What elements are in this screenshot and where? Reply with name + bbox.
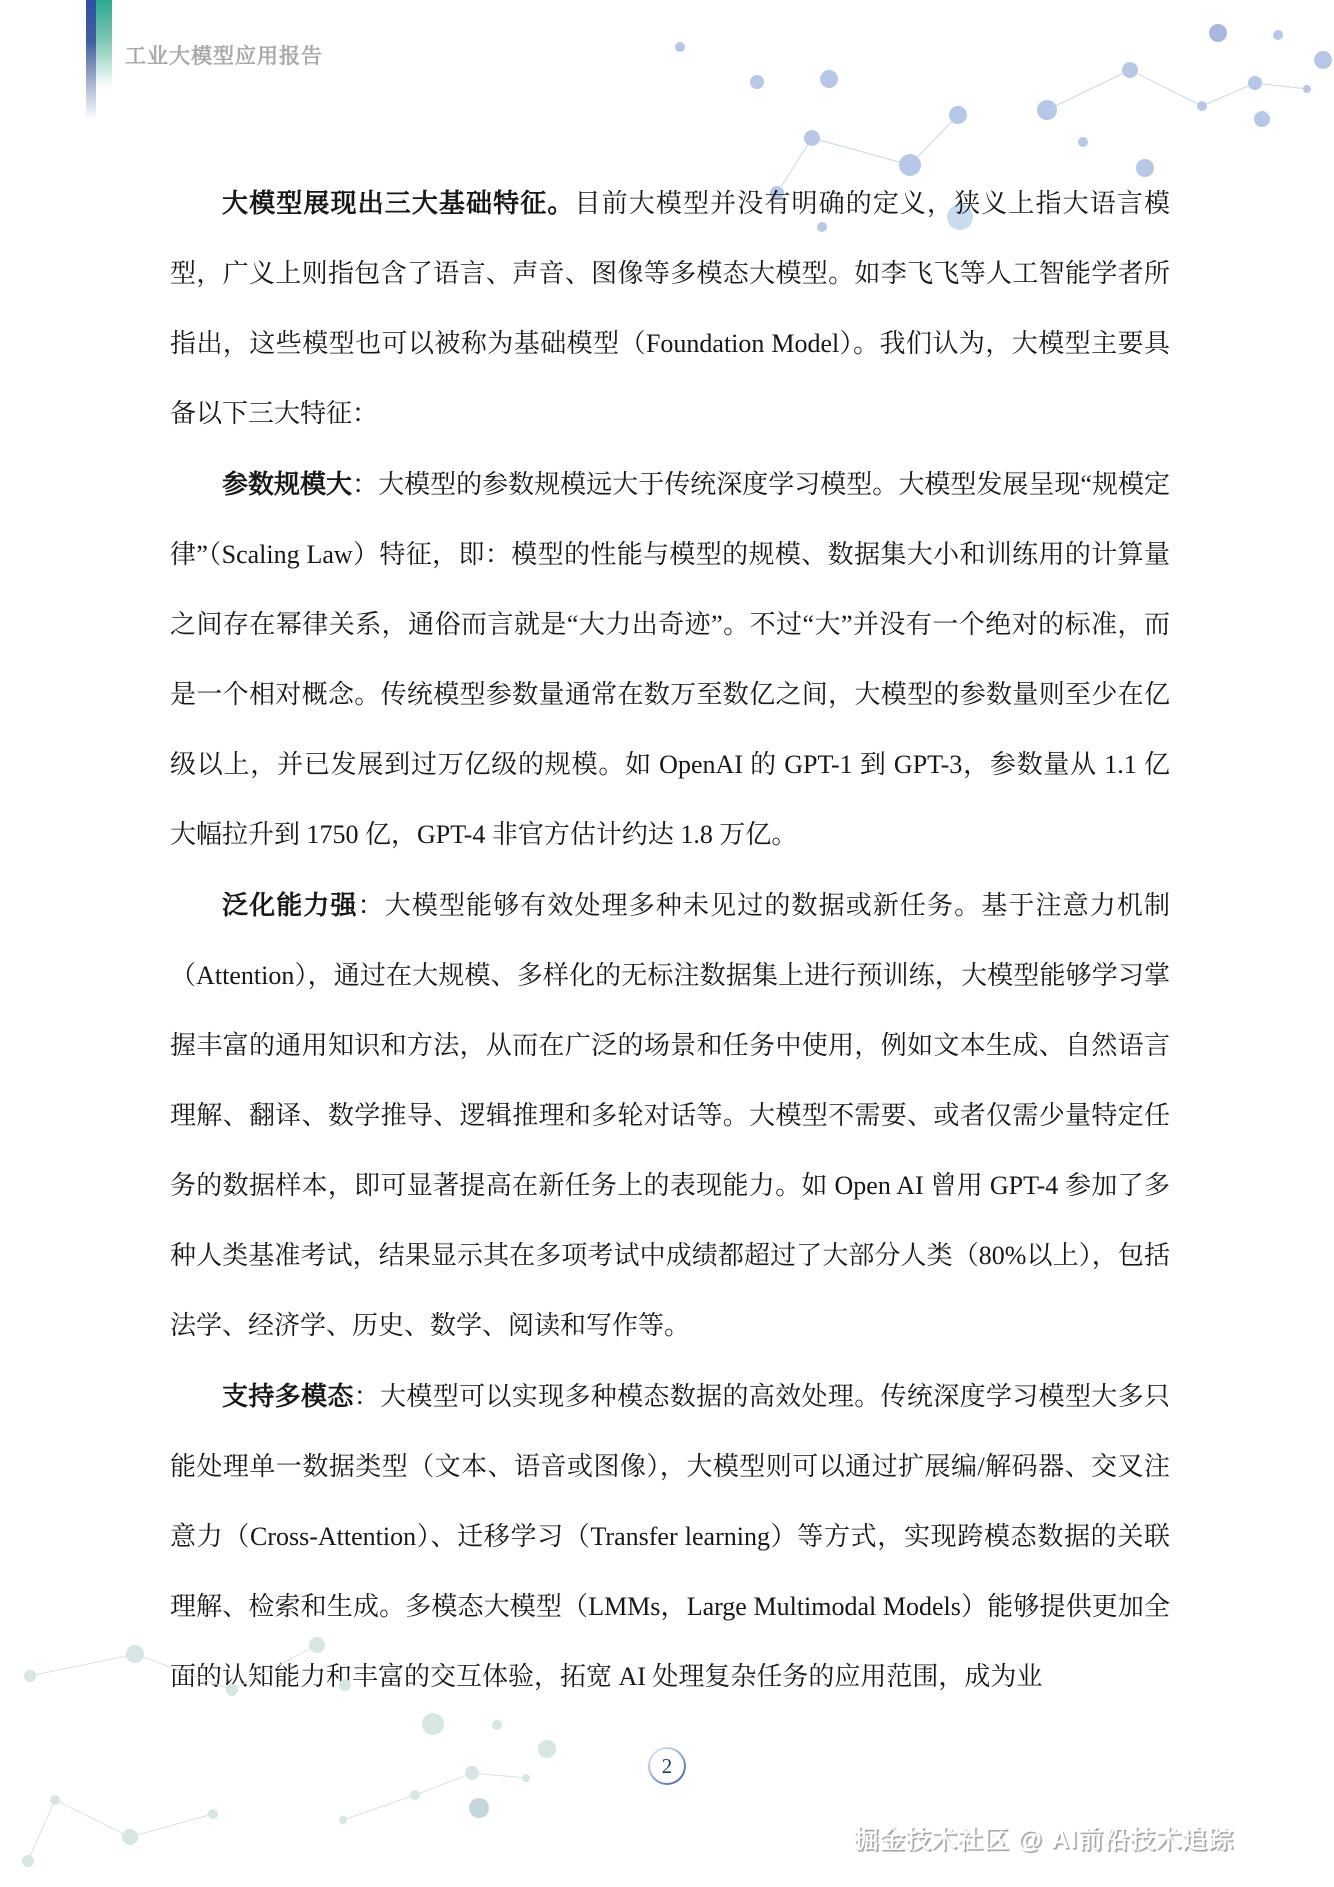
watermark-text: 掘金技术社区 @ AI前沿技术追踪 — [854, 1820, 1234, 1856]
header-accent-bar-teal — [96, 0, 112, 88]
document-page: 工业大模型应用报告 — [0, 0, 1334, 1887]
paragraph: 泛化能力强：大模型能够有效处理多种未见过的数据或新任务。基于注意力机制（Atte… — [170, 870, 1170, 1361]
paragraph-text: ：大模型的参数规模远大于传统深度学习模型。大模型发展呈现“规模定律”（Scali… — [170, 470, 1170, 849]
paragraph-lead: 大模型展现出三大基础特征。 — [222, 188, 575, 218]
paragraph-text: ：大模型可以实现多种模态数据的高效处理。传统深度学习模型大多只能处理单一数据类型… — [170, 1382, 1170, 1691]
paragraph-lead: 泛化能力强 — [222, 890, 358, 920]
paragraph: 支持多模态：大模型可以实现多种模态数据的高效处理。传统深度学习模型大多只能处理单… — [170, 1361, 1170, 1712]
paragraph-text: 目前大模型并没有明确的定义，狭义上指大语言模型，广义上则指包含了语言、声音、图像… — [170, 189, 1170, 428]
page-number-badge: 2 — [648, 1747, 686, 1785]
report-header-title: 工业大模型应用报告 — [125, 40, 323, 70]
paragraph-lead: 支持多模态 — [222, 1381, 354, 1411]
paragraph: 参数规模大：大模型的参数规模远大于传统深度学习模型。大模型发展呈现“规模定律”（… — [170, 449, 1170, 870]
paragraph-lead: 参数规模大 — [222, 469, 352, 499]
page-number: 2 — [650, 1749, 684, 1783]
header-accent-bar-blue — [86, 0, 96, 120]
paragraph: 大模型展现出三大基础特征。目前大模型并没有明确的定义，狭义上指大语言模型，广义上… — [170, 168, 1170, 449]
body-text: 大模型展现出三大基础特征。目前大模型并没有明确的定义，狭义上指大语言模型，广义上… — [170, 168, 1170, 1712]
paragraph-text: ：大模型能够有效处理多种未见过的数据或新任务。基于注意力机制（Attention… — [170, 891, 1170, 1340]
